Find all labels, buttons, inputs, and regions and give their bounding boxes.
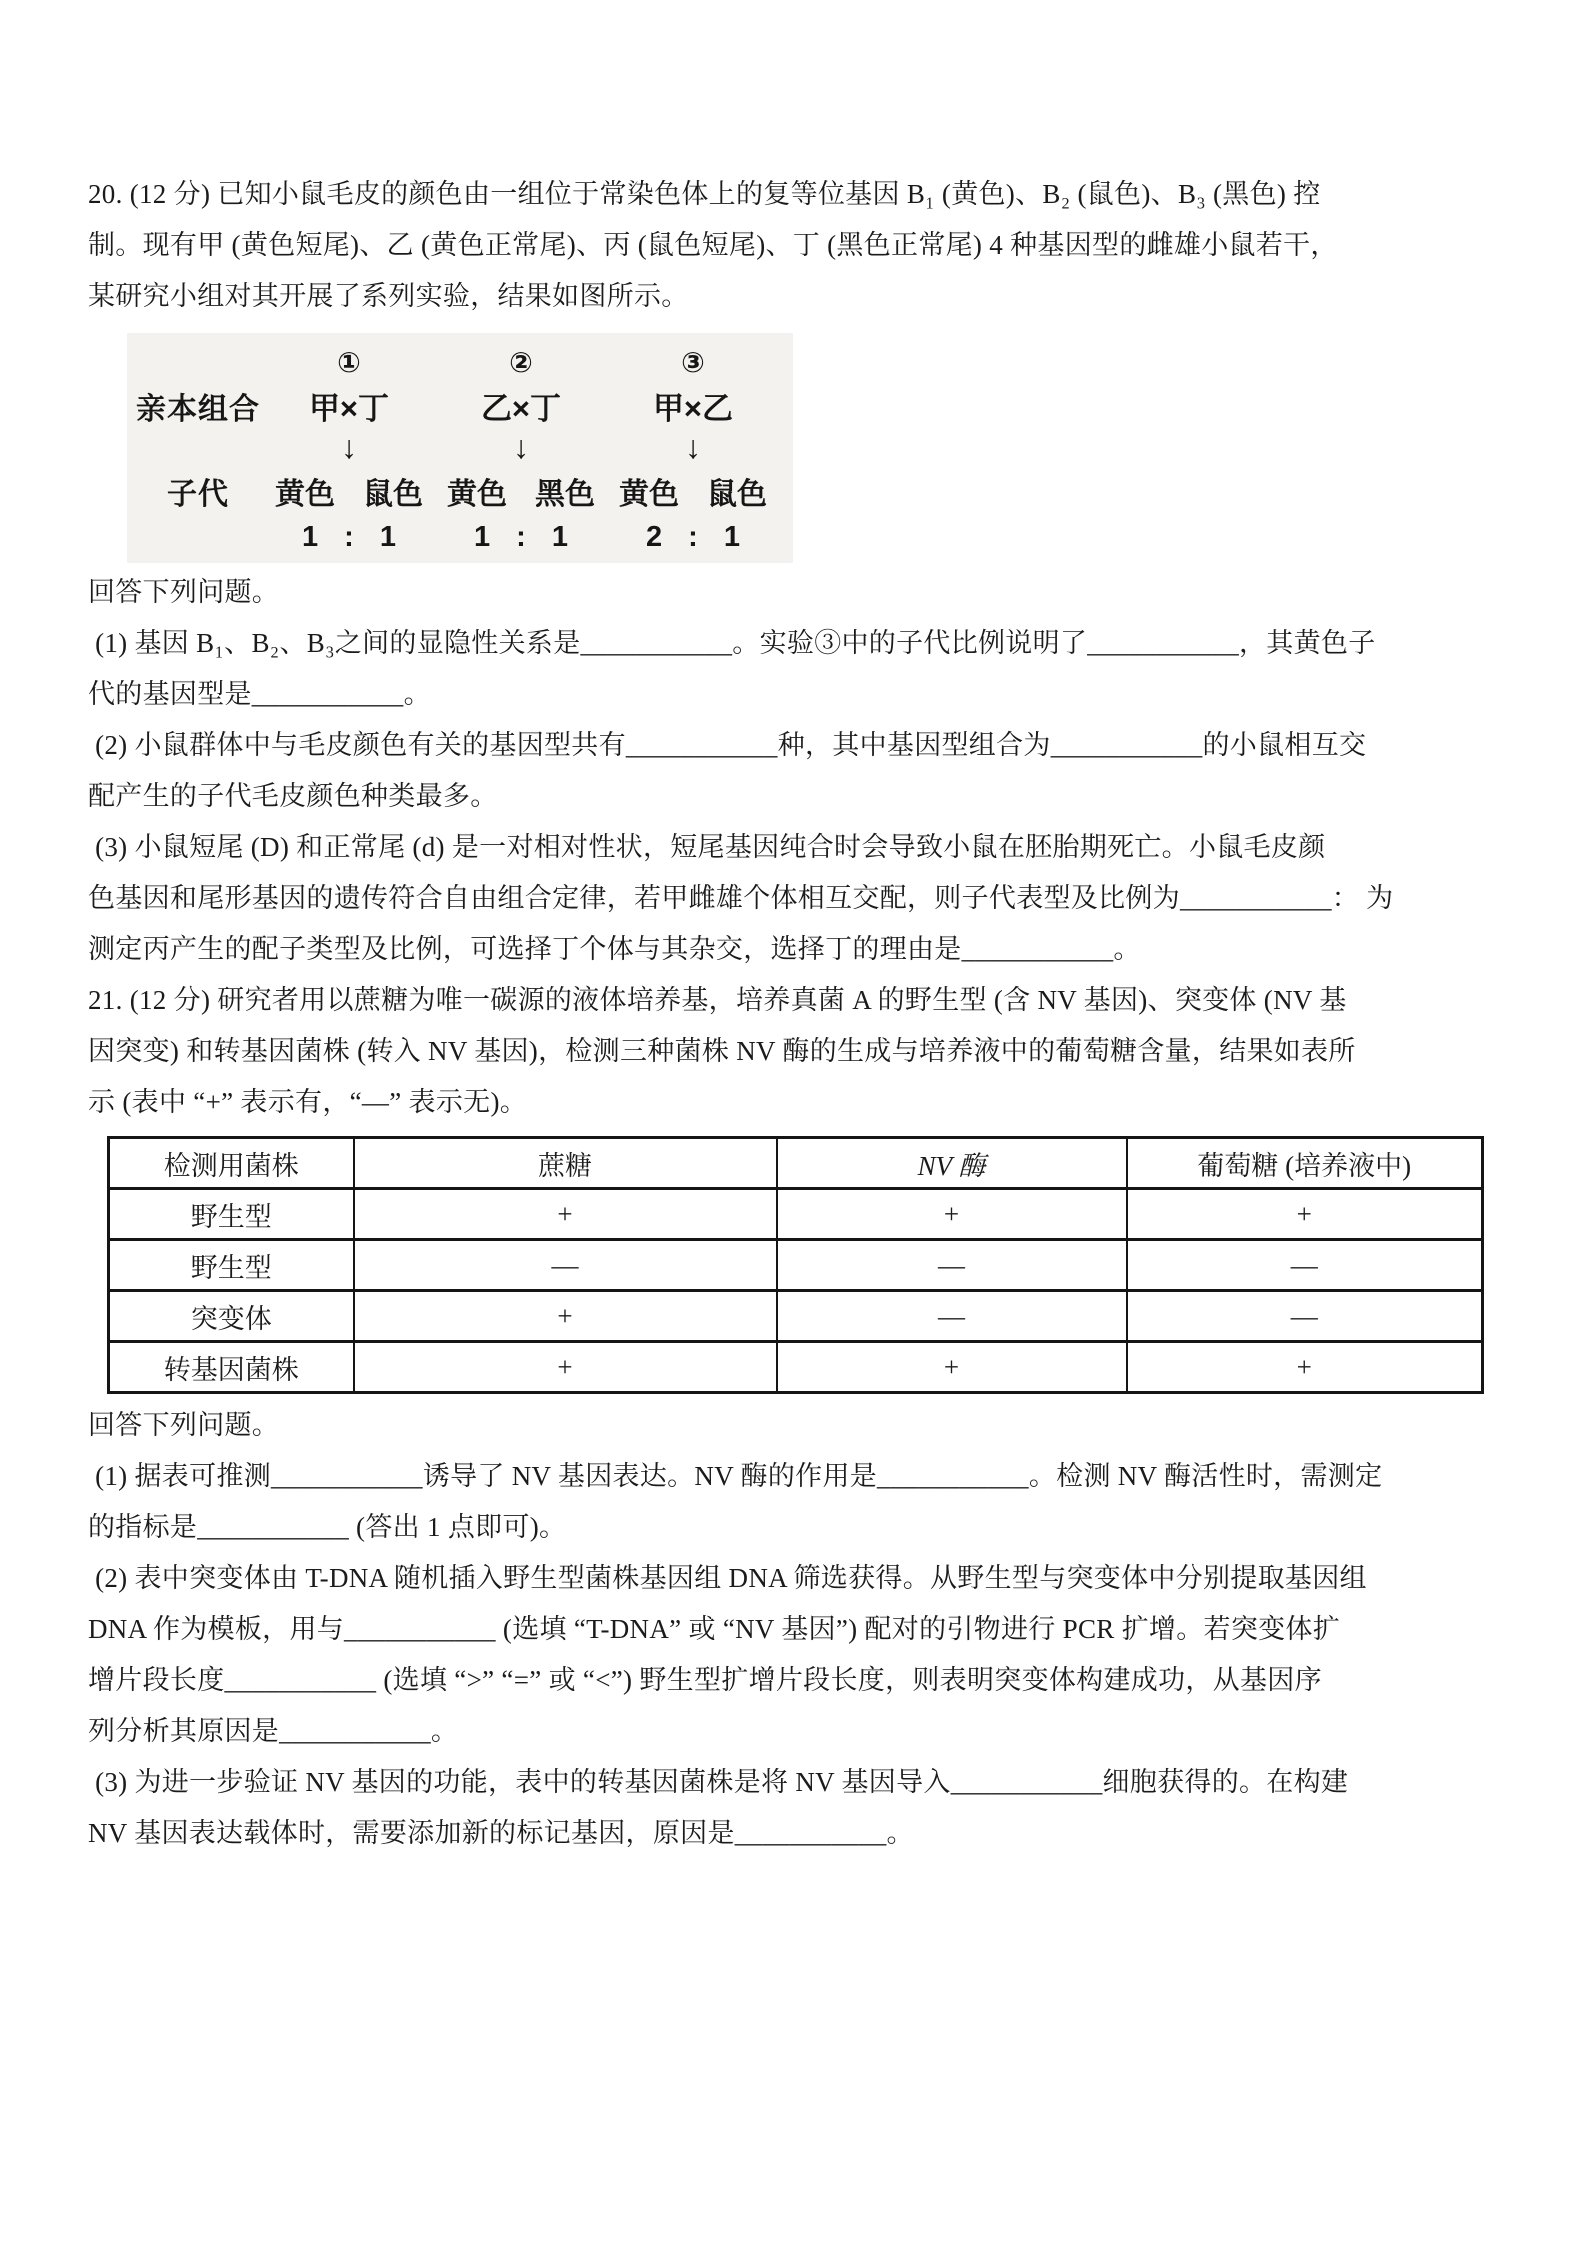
text-line: 的指标是___________ (答出 1 点即可)。: [88, 1502, 1500, 1553]
offspring-color: 黄色: [275, 469, 335, 513]
table-header-glucose: 葡萄糖 (培养液中): [1127, 1138, 1483, 1189]
offspring-color: 黄色: [447, 469, 507, 513]
table-cell: —: [1127, 1291, 1483, 1342]
text-line: (3) 为进一步验证 NV 基因的功能，表中的转基因菌株是将 NV 基因导入__…: [88, 1757, 1500, 1808]
text-line: DNA 作为模板，用与___________ (选填 “T-DNA” 或 “NV…: [88, 1604, 1500, 1655]
text-line: 示 (表中 “+” 表示有，“—” 表示无)。: [88, 1077, 1500, 1128]
parents-row-label: 亲本组合: [133, 384, 263, 428]
table-cell: +: [354, 1291, 777, 1342]
offspring-pair-3: 黄色 鼠色: [607, 469, 779, 513]
text-line: 回答下列问题。: [88, 1400, 1500, 1451]
question-21-subquestions: 回答下列问题。 (1) 据表可推测___________诱导了 NV 基因表达。…: [88, 1400, 1500, 1859]
table-header-nv-enzyme: NV 酶: [777, 1138, 1127, 1189]
text-line: 增片段长度___________ (选填 “>” “=” 或 “<”) 野生型扩…: [88, 1655, 1500, 1706]
table-cell-strain: 野生型: [109, 1189, 354, 1240]
text-line: NV 基因表达载体时，需要添加新的标记基因，原因是___________。: [88, 1808, 1500, 1859]
down-arrow-icon: ↓: [607, 431, 779, 463]
table-row: 突变体 + — —: [109, 1291, 1483, 1342]
ratio-1: 1 : 1: [263, 521, 435, 554]
cross-3: 甲×乙: [607, 383, 779, 428]
table-cell: +: [1127, 1342, 1483, 1393]
table-header-sucrose: 蔗糖: [354, 1138, 777, 1189]
offspring-color: 鼠色: [707, 469, 767, 513]
question-20-subquestions: 回答下列问题。 (1) 基因 B₁、B₂、B₃之间的显隐性关系是________…: [88, 567, 1500, 975]
text-line: 制。现有甲 (黄色短尾)、乙 (黄色正常尾)、丙 (鼠色短尾)、丁 (黑色正常尾…: [88, 220, 1500, 271]
text-line: 色基因和尾形基因的遗传符合自由组合定律，若甲雌雄个体相互交配，则子代表型及比例为…: [88, 873, 1500, 924]
down-arrow-icon: ↓: [435, 431, 607, 463]
ratio-2: 1 : 1: [435, 521, 607, 554]
text-line: (1) 基因 B₁、B₂、B₃之间的显隐性关系是___________。实验③中…: [88, 618, 1500, 669]
offspring-color: 黄色: [619, 469, 679, 513]
table-header-row: 检测用菌株 蔗糖 NV 酶 葡萄糖 (培养液中): [109, 1138, 1483, 1189]
cross-experiment-figure: ① ② ③ 亲本组合 甲×丁 乙×丁 甲×乙 ↓ ↓ ↓ 子代 黄色 鼠色: [127, 333, 793, 563]
text-line: (2) 小鼠群体中与毛皮颜色有关的基因型共有___________种，其中基因型…: [88, 720, 1500, 771]
table-cell: —: [777, 1291, 1127, 1342]
table-cell-strain: 野生型: [109, 1240, 354, 1291]
table-cell: +: [1127, 1189, 1483, 1240]
text-line: (2) 表中突变体由 T-DNA 随机插入野生型菌株基因组 DNA 筛选获得。从…: [88, 1553, 1500, 1604]
text-line: 因突变) 和转基因菌株 (转入 NV 基因)，检测三种菌株 NV 酶的生成与培养…: [88, 1026, 1500, 1077]
table-cell: +: [354, 1342, 777, 1393]
offspring-color: 黑色: [535, 469, 595, 513]
text-line: 配产生的子代毛皮颜色种类最多。: [88, 771, 1500, 822]
text-line: 测定丙产生的配子类型及比例，可选择丁个体与其杂交，选择丁的理由是________…: [88, 924, 1500, 975]
strain-test-table: 检测用菌株 蔗糖 NV 酶 葡萄糖 (培养液中) 野生型 + + + 野生型 —…: [107, 1136, 1484, 1394]
figure-arrow-row: ↓ ↓ ↓: [133, 427, 793, 467]
cross-2: 乙×丁: [435, 383, 607, 428]
table-cell: —: [354, 1240, 777, 1291]
figure-offspring-row: 子代 黄色 鼠色 黄色 黑色 黄色 鼠色: [133, 467, 793, 515]
figure-experiment-ids: ① ② ③: [133, 341, 793, 383]
page-content: 20. (12 分) 已知小鼠毛皮的颜色由一组位于常染色体上的复等位基因 B₁ …: [88, 169, 1500, 1859]
experiment-1-number: ①: [263, 346, 435, 379]
table-cell-strain: 转基因菌株: [109, 1342, 354, 1393]
table-cell: —: [777, 1240, 1127, 1291]
text-line: 某研究小组对其开展了系列实验，结果如图所示。: [88, 271, 1500, 322]
exam-page: { "colors": { "page_background": "#fffff…: [0, 0, 1586, 2244]
cross-1: 甲×丁: [263, 383, 435, 428]
table-cell-strain: 突变体: [109, 1291, 354, 1342]
ratio-3: 2 : 1: [607, 521, 779, 554]
text-line: 代的基因型是___________。: [88, 669, 1500, 720]
offspring-pair-1: 黄色 鼠色: [263, 469, 435, 513]
text-line: 21. (12 分) 研究者用以蔗糖为唯一碳源的液体培养基，培养真菌 A 的野生…: [88, 975, 1500, 1026]
table-row: 野生型 + + +: [109, 1189, 1483, 1240]
table-header-strain: 检测用菌株: [109, 1138, 354, 1189]
figure-ratio-row: 1 : 1 1 : 1 2 : 1: [133, 515, 793, 559]
experiment-2-number: ②: [435, 346, 607, 379]
text-line: 20. (12 分) 已知小鼠毛皮的颜色由一组位于常染色体上的复等位基因 B₁ …: [88, 169, 1500, 220]
table-cell: +: [777, 1342, 1127, 1393]
table-cell: —: [1127, 1240, 1483, 1291]
figure-parent-row: 亲本组合 甲×丁 乙×丁 甲×乙: [133, 383, 793, 427]
offspring-row-label: 子代: [133, 469, 263, 513]
question-20: 20. (12 分) 已知小鼠毛皮的颜色由一组位于常染色体上的复等位基因 B₁ …: [88, 169, 1500, 975]
offspring-color: 鼠色: [363, 469, 423, 513]
table-row: 转基因菌株 + + +: [109, 1342, 1483, 1393]
experiment-3-number: ③: [607, 346, 779, 379]
text-line: 回答下列问题。: [88, 567, 1500, 618]
offspring-pair-2: 黄色 黑色: [435, 469, 607, 513]
question-21: 21. (12 分) 研究者用以蔗糖为唯一碳源的液体培养基，培养真菌 A 的野生…: [88, 975, 1500, 1859]
table-cell: +: [777, 1189, 1127, 1240]
down-arrow-icon: ↓: [263, 431, 435, 463]
text-line: (1) 据表可推测___________诱导了 NV 基因表达。NV 酶的作用是…: [88, 1451, 1500, 1502]
text-line: 列分析其原因是___________。: [88, 1706, 1500, 1757]
table-cell: +: [354, 1189, 777, 1240]
text-line: (3) 小鼠短尾 (D) 和正常尾 (d) 是一对相对性状，短尾基因纯合时会导致…: [88, 822, 1500, 873]
table-row: 野生型 — — —: [109, 1240, 1483, 1291]
